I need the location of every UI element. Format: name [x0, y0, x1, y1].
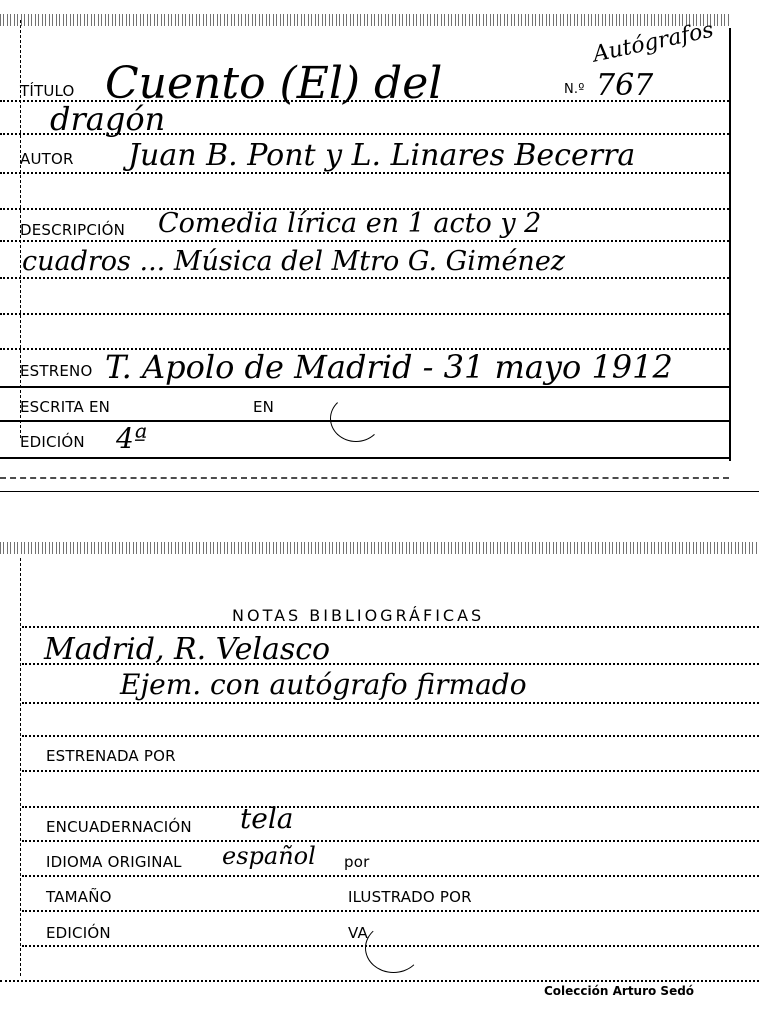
perforation — [0, 477, 729, 479]
descripcion-label: DESCRIPCIÓN — [20, 221, 125, 239]
edicion-label-back: EDICIÓN — [46, 924, 111, 942]
en-label: EN — [253, 398, 274, 416]
catalog-card-back: NOTAS BIBLIOGRÁFICAS Madrid, R. Velasco … — [0, 540, 759, 1028]
collection-credit: Colección Arturo Sedó — [544, 984, 694, 998]
form-line — [22, 806, 759, 808]
form-line — [22, 626, 759, 628]
descripcion-value-cont: cuadros ... Música del Mtro G. Giménez — [22, 246, 565, 277]
card-border — [20, 558, 21, 976]
autor-label: AUTOR — [20, 150, 74, 168]
card-border — [729, 28, 731, 461]
idioma-por-label: por — [344, 853, 369, 871]
form-line — [0, 240, 729, 242]
estreno-label: ESTRENO — [20, 362, 93, 380]
form-line — [0, 386, 729, 388]
edicion-value: 4ª — [116, 422, 147, 455]
note-line-1: Madrid, R. Velasco — [44, 632, 330, 667]
form-line — [22, 770, 759, 772]
form-line — [0, 277, 729, 279]
numero-value: 767 — [596, 68, 653, 103]
idioma-original-value: español — [222, 842, 316, 870]
form-line — [0, 172, 729, 174]
ilustrado-por-label: ILUSTRADO POR — [348, 888, 472, 906]
form-line — [22, 735, 759, 737]
descripcion-value: Comedia lírica en 1 acto y 2 — [158, 208, 541, 239]
numero-label: N.º — [564, 82, 585, 97]
tamano-label: TAMAÑO — [46, 888, 112, 906]
catalog-card-front: Autógrafos TÍTULO Cuento (El) del N.º 76… — [0, 0, 759, 495]
escrita-en-label: ESCRITA EN — [20, 398, 110, 416]
form-line — [0, 980, 759, 982]
form-line — [22, 702, 759, 704]
form-line — [0, 313, 729, 315]
form-line — [22, 910, 759, 912]
form-line — [0, 457, 729, 459]
ink-blot — [365, 923, 422, 973]
form-line — [0, 133, 729, 135]
encuadernacion-label: ENCUADERNACIÓN — [46, 818, 192, 836]
form-line — [22, 663, 759, 665]
card-divider — [0, 491, 759, 492]
notas-heading: NOTAS BIBLIOGRÁFICAS — [232, 606, 484, 625]
estreno-value: T. Apolo de Madrid - 31 mayo 1912 — [105, 348, 673, 386]
torn-edge — [0, 14, 731, 26]
edicion-label: EDICIÓN — [20, 433, 85, 451]
autor-value: Juan B. Pont y L. Linares Becerra — [128, 138, 635, 173]
va-label: VA — [348, 924, 368, 942]
torn-edge — [0, 542, 759, 554]
estrenada-por-label: ESTRENADA POR — [46, 747, 176, 765]
titulo-label: TÍTULO — [20, 82, 75, 100]
form-line — [22, 840, 759, 842]
encuadernacion-value: tela — [240, 802, 293, 835]
form-line — [22, 875, 759, 877]
ink-blot — [330, 395, 382, 442]
idioma-original-label: IDIOMA ORIGINAL — [46, 853, 182, 871]
note-line-2: Ejem. con autógrafo firmado — [120, 668, 527, 701]
